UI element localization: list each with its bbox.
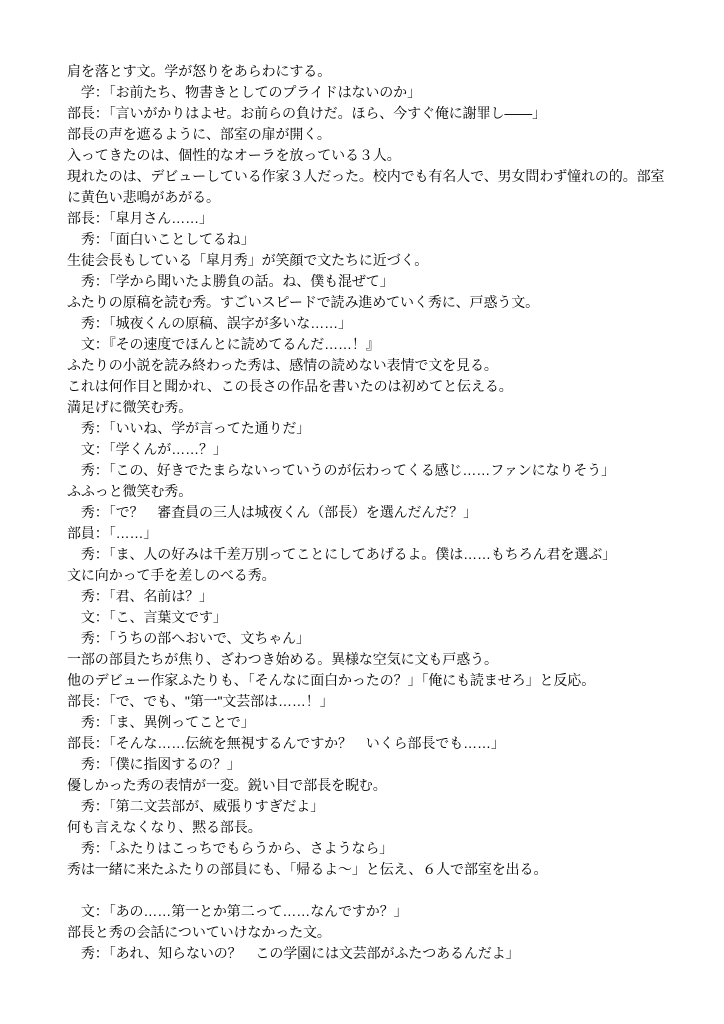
script-line-dialogue: 秀：「君、名前は？」: [67, 586, 712, 607]
script-line-dialogue: 部長：「皐月さん……」: [67, 208, 712, 229]
script-line-narration: ふたりの小説を読み終わった秀は、感情の読めない表情で文を見る。: [67, 355, 712, 376]
script-line-dialogue: 文：「あの……第一とか第二って……なんですか？」: [67, 901, 712, 922]
script-line-narration: 秀は一緒に来たふたりの部員にも、「帰るよ〜」と伝え、６人で部室を出る。: [67, 859, 712, 880]
script-line-dialogue: 秀：「あれ、知らないの？ この学園には文芸部がふたつあるんだよ」: [67, 943, 712, 964]
script-line-narration: 現れたのは、デビューしている作家３人だった。校内でも有名人で、男女問わず憧れの的…: [67, 166, 712, 187]
script-line-dialogue: 秀：「で？ 審査員の三人は城夜くん（部長）を選んだんだ？」: [67, 502, 712, 523]
script-line-dialogue: 部長：「そんな……伝統を無視するんですか？ いくら部長でも……」: [67, 733, 712, 754]
script-line-narration: 他のデビュー作家ふたりも、「そんなに面白かったの？」「俺にも読ませろ」と反応。: [67, 670, 712, 691]
script-line-narration: に黄色い悲鳴があがる。: [67, 187, 712, 208]
script-line-narration: これは何作目と聞かれ、この長さの作品を書いたのは初めてと伝える。: [67, 376, 712, 397]
script-line-dialogue: 秀：「この、好きでたまらないっていうのが伝わってくる感じ……ファンになりそう」: [67, 460, 712, 481]
script-line-dialogue: 部長：「で、でも、"第一"文芸部は……！」: [67, 691, 712, 712]
script-line-narration: 入ってきたのは、個性的なオーラを放っている３人。: [67, 145, 712, 166]
script-line-dialogue: 文：『その速度でほんとに読めてるんだ……！』: [67, 334, 712, 355]
script-line-dialogue: 秀：「ま、異例ってことで」: [67, 712, 712, 733]
script-line-dialogue: 秀：「面白いことしてるね」: [67, 229, 712, 250]
script-line-blank: [67, 880, 712, 901]
script-line-dialogue: 秀：「僕に指図するの？」: [67, 754, 712, 775]
script-line-dialogue: 文：「こ、言葉文です」: [67, 607, 712, 628]
script-line-dialogue: 秀：「ふたりはこっちでもらうから、さようなら」: [67, 838, 712, 859]
script-text-block: 肩を落とす文。学が怒りをあらわにする。 学：「お前たち、物書きとしてのプライドは…: [67, 61, 712, 964]
document-page: 肩を落とす文。学が怒りをあらわにする。 学：「お前たち、物書きとしてのプライドは…: [0, 0, 724, 1024]
script-line-dialogue: 部長：「言いがかりはよせ。お前らの負けだ。ほら、今すぐ俺に謝罪し——」: [67, 103, 712, 124]
script-line-narration: 肩を落とす文。学が怒りをあらわにする。: [67, 61, 712, 82]
script-line-dialogue: 文：「学くんが……？」: [67, 439, 712, 460]
script-line-dialogue: 秀：「いいね、学が言ってた通りだ」: [67, 418, 712, 439]
script-line-dialogue: 部員：「……」: [67, 523, 712, 544]
script-line-dialogue: 学：「お前たち、物書きとしてのプライドはないのか」: [67, 82, 712, 103]
script-line-narration: ふふっと微笑む秀。: [67, 481, 712, 502]
script-line-narration: ふたりの原稿を読む秀。すごいスピードで読み進めていく秀に、戸惑う文。: [67, 292, 712, 313]
script-line-narration: 文に向かって手を差しのべる秀。: [67, 565, 712, 586]
script-line-narration: 部長と秀の会話についていけなかった文。: [67, 922, 712, 943]
script-line-dialogue: 秀：「うちの部へおいで、文ちゃん」: [67, 628, 712, 649]
script-line-narration: 部長の声を遮るように、部室の扉が開く。: [67, 124, 712, 145]
script-line-dialogue: 秀：「第二文芸部が、威張りすぎだよ」: [67, 796, 712, 817]
script-line-dialogue: 秀：「城夜くんの原稿、誤字が多いな……」: [67, 313, 712, 334]
script-line-narration: 一部の部員たちが焦り、ざわつき始める。異様な空気に文も戸惑う。: [67, 649, 712, 670]
script-line-narration: 優しかった秀の表情が一変。鋭い目で部長を睨む。: [67, 775, 712, 796]
script-line-dialogue: 秀：「学から聞いたよ勝負の話。ね、僕も混ぜて」: [67, 271, 712, 292]
script-line-dialogue: 秀：「ま、人の好みは千差万別ってことにしてあげるよ。僕は……もちろん君を選ぶ」: [67, 544, 712, 565]
script-line-narration: 何も言えなくなり、黙る部長。: [67, 817, 712, 838]
script-line-narration: 満足げに微笑む秀。: [67, 397, 712, 418]
script-line-narration: 生徒会長もしている「皐月秀」が笑顔で文たちに近づく。: [67, 250, 712, 271]
